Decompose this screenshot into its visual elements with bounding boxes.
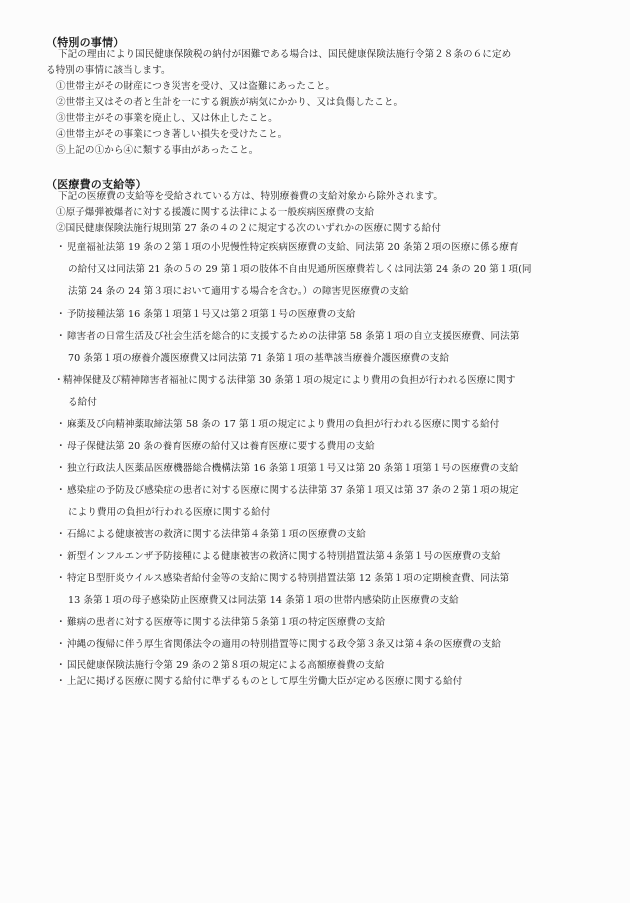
bullet-marker: ・ [56,242,66,254]
bullet-marker: ・ [56,617,66,629]
bullet-item-line: 予防接種法第 16 条第１項第１号又は第２項第１号の医療費の支給 [67,309,356,321]
section1-item: ④世帯主がその事業につき著しい損失を受けたこと。 [56,129,287,141]
section2-intro: 下記の医療費の支給等を受給されている方は、特別療養費の支給対象から除外されます。 [58,191,443,203]
bullet-item-line: 13 条第１項の母子感染防止医療費又は同法第 14 条第１項の世帯内感染防止医療… [68,595,459,607]
bullet-marker: ・ [56,463,66,475]
bullet-marker: ・ [56,551,66,563]
document-page: （特別の事情） 下記の理由により国民健康保険税の納付が困難である場合は、国民健康… [0,0,630,903]
bullet-marker: ・ [56,309,66,321]
bullet-item-line: 新型インフルエンザ予防接種による健康被害の救済に関する特別措置法第４条第１号の医… [67,551,501,563]
bullet-item-line: 国民健康保険法施行令第 29 条の２第８項の規定による高額療養費の支給 [67,660,384,672]
bullet-marker: ・ [56,660,66,672]
bullet-item-line: 感染症の予防及び感染症の患者に対する医療に関する法律第 37 条第１項又は第 3… [67,485,519,497]
bullet-item-line: 70 条第１項の療養介護医療費又は同法第 71 条第１項の基準該当療養介護医療費… [68,353,449,365]
bullet-item-line: 法第 24 条の 24 第３項において適用する場合を含む。）の障害児医療費の支給 [68,286,409,298]
bullet-item-line: 麻薬及び向精神薬取締法第 58 条の 17 第１項の規定により費用の負担が行われ… [67,419,499,431]
bullet-item-line: の給付又は同法第 21 条の５の 29 第１項の肢体不自由児通所医療費若しくは同… [68,264,532,276]
bullet-item-line: 上記に掲げる医療に関する給付に準ずるものとして厚生労働大臣が定める医療に関する給… [67,676,462,688]
bullet-marker: ・ [56,573,66,585]
bullet-marker: ・ [56,529,66,541]
section1-intro-line1: 下記の理由により国民健康保険税の納付が困難である場合は、国民健康保険法施行令第２… [58,49,511,61]
bullet-item-line: 難病の患者に対する医療等に関する法律第５条第１項の特定医療費の支給 [67,617,385,629]
bullet-marker: ・ [56,441,66,453]
section1-item: ②世帯主又はその者と生計を一にする親族が病気にかかり、又は負傷したこと。 [56,97,403,109]
bullet-item-line: 独立行政法人医薬品医療機器総合機構法第 16 条第１項第１号又は第 20 条第１… [67,463,519,475]
section1-item: ①世帯主がその財産につき災害を受け、又は盗難にあったこと。 [56,81,335,93]
bullet-marker: ・ [56,639,66,651]
section-heading-medical-expenses: （医療費の支給等） [46,176,147,192]
section1-item: ⑤上記の①から④に類する事由があったこと。 [56,145,258,157]
bullet-item-line: 児童福祉法第 19 条の２第１項の小児慢性特定疾病医療費の支給、同法第 20 条… [67,242,519,254]
section-heading-special-circumstances: （特別の事情） [46,34,124,50]
bullet-item-line: る給付 [68,397,97,409]
section1-item: ③世帯主がその事業を廃止し、又は休止したこと。 [56,113,278,125]
bullet-marker: ・ [56,485,66,497]
bullet-marker: ・ [56,676,66,688]
section1-intro-line2: る特別の事情に該当します。 [46,65,171,77]
section2-item: ②国民健康保険法施行規則第 27 条の４の２に規定する次のいずれかの医療に関する… [56,223,441,235]
bullet-item-line: 障害者の日常生活及び社会生活を総合的に支援するための法律第 58 条第１項の自立… [67,331,519,343]
bullet-item-line: 精神保健及び精神障害者福祉に関する法律第 30 条第１項の規定により費用の負担が… [63,375,515,387]
bullet-item-line: 沖縄の復帰に伴う厚生省関係法令の適用の特別措置等に関する政令第３条又は第４条の医… [67,639,501,651]
bullet-item-line: 母子保健法第 20 条の養育医療の給付又は養育医療に要する費用の支給 [67,441,375,453]
bullet-item-line: により費用の負担が行われる医療に関する給付 [68,507,271,519]
bullet-item-line: 石綿による健康被害の救済に関する法律第４条第１項の医療費の支給 [67,529,366,541]
bullet-item-line: 特定Ｂ型肝炎ウイルス感染者給付金等の支給に関する特別措置法第 12 条第１項の定… [67,573,509,585]
bullet-marker: ・ [56,331,66,343]
bullet-marker: ・ [56,419,66,431]
section2-item: ①原子爆弾被爆者に対する援護に関する法律による一般疾病医療費の支給 [56,207,374,219]
